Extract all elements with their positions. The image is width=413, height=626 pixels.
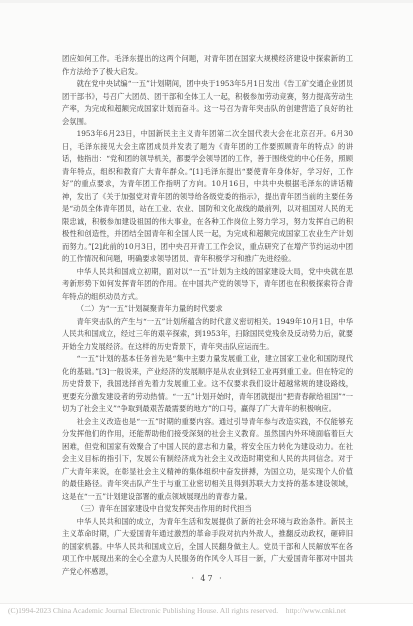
paragraph: 青年突击队的产生与“一五”计划所蕴含的时代意义密切相关。1949年10月1日，中… <box>62 316 353 354</box>
journal-page: 团应如何工作。毛泽东提出的这两个问题，对青年团在国家大规模经济建设中探索新的工作… <box>0 0 413 626</box>
section-heading: （二）为“一五”计划凝聚青年力量的时代要求 <box>62 303 353 316</box>
article-text-block: 团应如何工作。毛泽东提出的这两个问题，对青年团在国家大规模经济建设中探索新的工作… <box>62 53 353 578</box>
paragraph: 社会主义改造也是“一五”时期的重要内容。通过引导青年参与改造实践，不仅能够充分发… <box>62 416 353 504</box>
paragraph: 就在党中央试编“一五”计划期间，团中央于1953年5月1日发出《告工矿交通企业团… <box>62 78 353 128</box>
section-heading: （三）青年在国家建设中自觉发挥突击作用的时代担当 <box>62 503 353 516</box>
page-number: · 47 · <box>62 574 353 583</box>
paragraph: 中华人民共和国成立初期，面对以“一五”计划为主线的国家建设大局，党中央就在思考新… <box>62 266 353 304</box>
paragraph: “一五”计划的基本任务首先是“集中主要力量发展重工业，建立国家工业化和国防现代化… <box>62 353 353 416</box>
scanned-page-background: 团应如何工作。毛泽东提出的这两个问题，对青年团在国家大规模经济建设中探索新的工作… <box>0 0 413 604</box>
paragraph: 1953年6月23日，中国新民主主义青年团第二次全国代表大会在北京召开。6月30… <box>62 128 353 266</box>
paragraph: 中华人民共和国的成立，为青年生活和发展提供了新的社会环境与政治条件。新民主主义革… <box>62 516 353 579</box>
cnki-copyright-notice: (C)1994-2023 China Academic Journal Elec… <box>8 606 408 615</box>
paragraph: 团应如何工作。毛泽东提出的这两个问题，对青年团在国家大规模经济建设中探索新的工作… <box>62 53 353 78</box>
